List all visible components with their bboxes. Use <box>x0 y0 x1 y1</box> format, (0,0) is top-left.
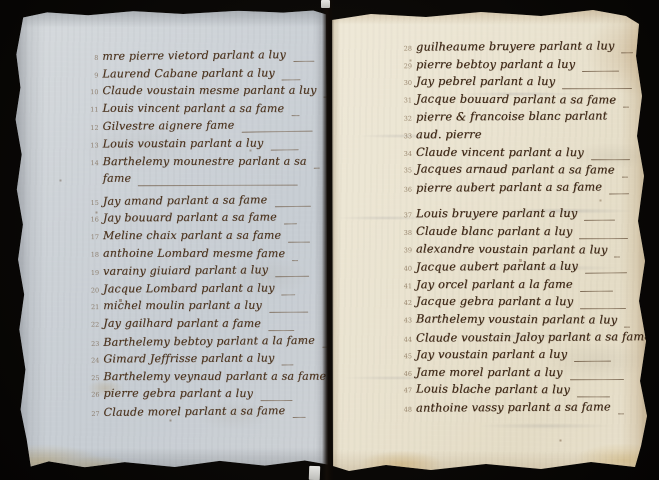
manuscript-line-text: Jay amand parlant a sa fame <box>103 193 268 208</box>
line-number: 21 <box>86 303 99 311</box>
line-flourish <box>288 242 310 243</box>
manuscript-line: 9Laurend Cabane parlant a luy <box>85 66 314 85</box>
manuscript-line: 42Jacque gebra parlant a luy <box>399 295 633 313</box>
manuscript-line-text: Jay orcel parlant a la fame <box>416 278 573 291</box>
manuscript-line-text: Jay gailhard parlant a fame <box>103 317 261 330</box>
line-number: 40 <box>399 265 412 273</box>
line-number: 28 <box>399 45 412 53</box>
manuscript-line: 37Louis bruyere parlant a luy <box>399 207 633 225</box>
line-number: 44 <box>399 335 412 343</box>
line-number: 46 <box>399 370 412 378</box>
manuscript-line: 28guilheaume bruyere parlant a luy <box>399 39 633 58</box>
manuscript-line-text: guilheaume bruyere parlant a luy <box>416 39 615 53</box>
manuscript-line: 23Barthelemy bebtoy parlant a la fame <box>86 333 315 353</box>
line-number: 31 <box>399 96 412 104</box>
manuscript-line-text: Barthelemy bebtoy parlant a la fame <box>103 333 315 348</box>
line-flourish <box>274 206 310 208</box>
line-number: 20 <box>86 286 99 294</box>
line-flourish <box>591 159 630 160</box>
manuscript-line-text: Gilvestre aignere fame <box>103 119 235 133</box>
manuscript-line-text: Meline chaix parlant a sa fame <box>103 229 281 242</box>
manuscript-line-text: alexandre voustain parlant a luy <box>416 242 608 256</box>
left-page-lines: 8mre pierre vietord parlant a luy9Lauren… <box>85 48 315 422</box>
line-flourish <box>314 167 320 168</box>
line-number: 16 <box>86 216 99 224</box>
manuscript-line-text: pierre gebra parlant a luy <box>104 387 254 400</box>
line-flourish <box>574 361 611 362</box>
manuscript-line-text: Claude voustain mesme parlant a luy <box>102 84 316 97</box>
manuscript-line-text: varainy giuiard parlant a luy <box>103 263 268 278</box>
binding-gutter <box>322 0 334 480</box>
manuscript-line: 30Jay pebrel parlant a luy <box>399 75 633 93</box>
line-flourish <box>282 79 301 80</box>
line-number: 25 <box>86 374 99 382</box>
line-flourish <box>622 177 628 178</box>
manuscript-line-text: Jay bouuard parlant a sa fame <box>103 211 277 225</box>
manuscript-line-text: Barthelemy mounestre parlant a sa <box>103 154 307 167</box>
manuscript-line: 10Claude voustain mesme parlant a luy <box>85 84 314 102</box>
manuscript-line-text: anthoine vassy parlant a sa fame <box>416 400 611 414</box>
line-number: 41 <box>399 282 412 290</box>
line-flourish <box>292 260 298 261</box>
manuscript-line-text: pierre aubert parlant a sa fame <box>416 180 602 194</box>
manuscript-line-text: Louis voustain parlant a luy <box>103 137 264 151</box>
line-flourish <box>241 131 312 133</box>
manuscript-line: 36pierre aubert parlant a sa fame <box>399 180 633 199</box>
manuscript-line-text: aud. pierre <box>416 128 482 141</box>
line-number: 15 <box>86 199 99 207</box>
manuscript-line-text: Gimard Jeffrisse parlant a luy <box>103 352 274 366</box>
line-flourish <box>618 413 624 414</box>
manuscript-line-text: Jay voustain parlant a luy <box>416 348 567 361</box>
line-flourish <box>579 238 628 239</box>
binding-strap-top <box>321 0 330 8</box>
manuscript-line-text: Barthelemy veynaud parlant a sa fame <box>103 369 326 382</box>
manuscript-line: 27Claude morel parlant a sa fame <box>87 404 316 424</box>
line-number: 14 <box>86 159 99 167</box>
manuscript-line: 18anthoine Lombard mesme fame <box>86 246 315 264</box>
manuscript-line: 48anthoine vassy parlant a sa fame <box>399 400 633 419</box>
line-flourish <box>584 220 615 221</box>
line-flourish <box>270 149 298 150</box>
manuscript-line: 39alexandre voustain parlant a luy <box>399 242 633 261</box>
manuscript-line: 35Jacques arnaud parlant a sa fame <box>399 163 633 182</box>
line-flourish <box>269 312 308 313</box>
right-page-lines: 28guilheaume bruyere parlant a luy29pier… <box>399 40 633 418</box>
manuscript-line: 44Claude voustain Jaloy parlant a sa fam… <box>399 330 633 349</box>
line-flourish <box>138 185 298 187</box>
manuscript-line-text: Claude voustain Jaloy parlant a sa fame <box>416 330 651 344</box>
manuscript-line-text: Claude vincent parlant a luy <box>416 145 584 158</box>
manuscript-line-text: Jacque gebra parlant a luy <box>416 295 573 308</box>
manuscript-line: 34Claude vincent parlant a luy <box>399 145 633 163</box>
manuscript-line: 32pierre & francoise blanc parlant <box>399 110 633 129</box>
line-flourish <box>268 330 294 331</box>
manuscript-line: 11Louis vincent parlant a sa fame <box>86 101 315 119</box>
line-number: 9 <box>85 71 98 79</box>
line-number: 36 <box>399 185 412 193</box>
line-number: 35 <box>399 167 412 175</box>
manuscript-line: 8mre pierre vietord parlant a luy <box>85 48 314 68</box>
line-flourish <box>281 365 293 366</box>
manuscript-line-text: Louis blache parlant a luy <box>416 383 570 397</box>
line-flourish <box>570 379 624 380</box>
manuscript-line-text: anthoine Lombard mesme fame <box>103 246 285 259</box>
manuscript-line-text: mre pierre vietord parlant a luy <box>102 48 286 63</box>
line-flourish <box>284 224 297 225</box>
manuscript-line: 26pierre gebra parlant a luy <box>87 387 316 405</box>
line-number: 27 <box>87 410 100 418</box>
manuscript-line: 40Jacque aubert parlant a luy <box>399 259 633 278</box>
manuscript-line: 24Gimard Jeffrisse parlant a luy <box>86 351 315 370</box>
line-flourish <box>562 88 632 89</box>
line-flourish <box>293 61 314 62</box>
line-number: 43 <box>399 316 412 324</box>
manuscript-line: 17Meline chaix parlant a sa fame <box>86 229 315 247</box>
line-flourish <box>580 308 626 309</box>
line-flourish <box>609 193 629 194</box>
manuscript-line-text: Jacques arnaud parlant a sa fame <box>416 163 615 177</box>
line-number: 47 <box>399 387 412 395</box>
manuscript-line-text: michel moulin parlant a luy <box>103 299 262 312</box>
manuscript-line: 33aud. pierre <box>399 128 633 146</box>
line-number: 33 <box>399 132 412 140</box>
manuscript-line: 41Jay orcel parlant a la fame <box>399 277 633 295</box>
line-number: 42 <box>399 299 412 307</box>
manuscript-line: 43Barthelemy voustain parlant a luy <box>399 312 633 331</box>
manuscript-line: 12Gilvestre aignere fame <box>86 118 315 138</box>
line-number: 10 <box>85 88 98 96</box>
binding-strap-bottom <box>309 466 320 480</box>
line-number: 19 <box>86 269 99 277</box>
manuscript-line-text: Louis bruyere parlant a luy <box>416 207 577 220</box>
manuscript-line: 19varainy giuiard parlant a luy <box>86 263 315 283</box>
manuscript-line: 45Jay voustain parlant a luy <box>399 348 633 366</box>
line-number: 48 <box>399 406 412 414</box>
manuscript-line: 31Jacque bouuard parlant a sa fame <box>399 92 633 111</box>
manuscript-line-text: Barthelemy voustain parlant a luy <box>416 312 617 326</box>
line-number: 8 <box>85 54 98 62</box>
manuscript-line-text: Claude morel parlant a sa fame <box>104 404 286 419</box>
line-number: 11 <box>86 105 99 113</box>
manuscript-line-text: Jacque aubert parlant a luy <box>416 260 578 274</box>
line-number: 22 <box>86 321 99 329</box>
line-flourish <box>282 294 296 295</box>
line-number: 30 <box>399 79 412 87</box>
manuscript-line-text: Jacque bouuard parlant a sa fame <box>416 92 616 106</box>
line-flourish <box>614 256 620 257</box>
manuscript-line-text: Jay pebrel parlant a luy <box>416 75 555 88</box>
line-flourish <box>582 70 619 71</box>
line-number: 45 <box>399 352 412 360</box>
line-number: 37 <box>399 212 412 220</box>
manuscript-line-text: Claude blanc parlant a luy <box>416 225 572 238</box>
line-number: 38 <box>399 229 412 237</box>
manuscript-line-text: Jame morel parlant a luy <box>416 366 563 379</box>
manuscript-line: 25Barthelemy veynaud parlant a sa fame <box>86 369 315 387</box>
line-flourish <box>577 397 610 398</box>
manuscript-line: 21michel moulin parlant a luy <box>86 299 315 317</box>
manuscript-line: 47Louis blache parlant a luy <box>399 383 633 402</box>
line-number: 23 <box>86 339 99 347</box>
manuscript-line-text: Jacque Lombard parlant a luy <box>103 281 274 295</box>
line-number: 12 <box>86 124 99 132</box>
manuscript-line: 16Jay bouuard parlant a sa fame <box>86 211 315 230</box>
line-number: 13 <box>86 141 99 149</box>
manuscript-line-text: pierre bebtoy parlant a luy <box>416 57 575 70</box>
manuscript-page-left: 8mre pierre vietord parlant a luy9Lauren… <box>13 8 328 471</box>
line-flourish <box>585 272 627 274</box>
manuscript-line-text: pierre & francoise blanc parlant <box>416 110 607 124</box>
manuscript-line: 22Jay gailhard parlant a fame <box>86 317 315 335</box>
line-flourish <box>580 290 613 291</box>
line-number: 39 <box>399 246 412 254</box>
manuscript-line: 15Jay amand parlant a sa fame <box>86 193 315 213</box>
line-number: 17 <box>86 233 99 241</box>
line-number: 26 <box>87 391 100 399</box>
manuscript-line-text: Laurend Cabane parlant a luy <box>102 66 274 80</box>
manuscript-line: 13Louis voustain parlant a luy <box>86 136 315 155</box>
manuscript-line-text: fame <box>103 172 131 185</box>
line-number: 29 <box>399 62 412 70</box>
line-number: 18 <box>86 250 99 258</box>
line-flourish <box>621 52 633 53</box>
manuscript-line: 46Jame morel parlant a luy <box>399 366 633 384</box>
manuscript-line: fame <box>86 172 315 190</box>
line-flourish <box>291 115 299 116</box>
manuscript-line: 38Claude blanc parlant a luy <box>399 225 633 243</box>
line-flourish <box>275 276 309 278</box>
manuscript-line-text: Louis vincent parlant a sa fame <box>103 101 285 114</box>
manuscript-scan: 8mre pierre vietord parlant a luy9Lauren… <box>0 0 659 480</box>
manuscript-line: 14Barthelemy mounestre parlant a sa <box>86 154 315 172</box>
line-flourish <box>623 106 629 107</box>
ink-specks <box>0 0 1 1</box>
line-number: 24 <box>86 357 99 365</box>
manuscript-line: 20Jacque Lombard parlant a luy <box>86 281 315 300</box>
manuscript-line: 29pierre bebtoy parlant a luy <box>399 57 633 75</box>
line-flourish <box>624 327 630 328</box>
line-flourish <box>260 400 292 401</box>
line-number: 32 <box>399 115 412 123</box>
line-flourish <box>292 417 305 418</box>
line-number: 34 <box>399 149 412 157</box>
manuscript-page-right: 28guilheaume bruyere parlant a luy29pier… <box>331 6 649 474</box>
